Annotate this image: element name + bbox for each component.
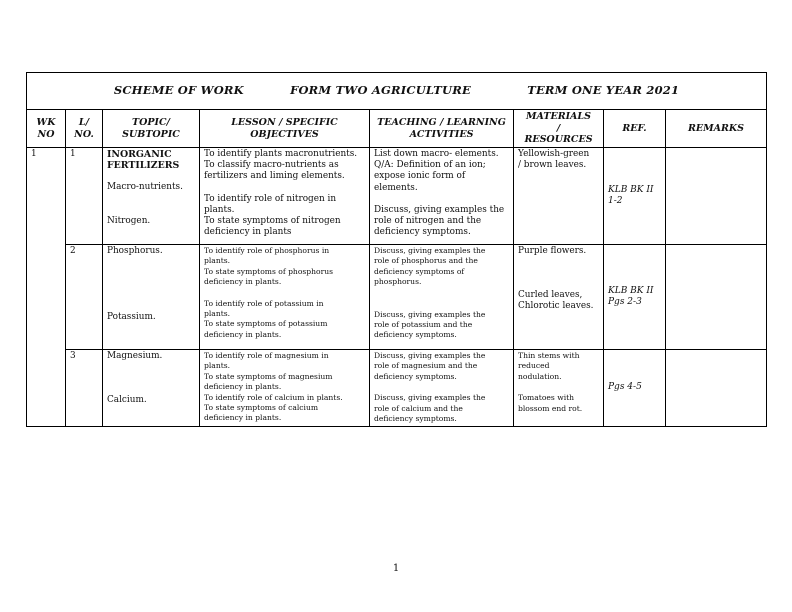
cell-remarks <box>666 245 767 350</box>
title-form: FORM TWO AGRICULTURE <box>290 85 471 96</box>
cell-materials: Thin stems with reduced nodulation. Toma… <box>514 350 604 427</box>
title-row: SCHEME OF WORK FORM TWO AGRICULTURE TERM… <box>27 73 767 110</box>
header-row: WK NO L/ NO. TOPIC/ SUBTOPIC LESSON / SP… <box>27 110 767 148</box>
cell-lesson-no: 3 <box>66 350 103 427</box>
page-number: 1 <box>0 563 792 574</box>
table-row: 1 1 INORGANIC FERTILIZERS Macro-nutrient… <box>27 148 767 245</box>
cell-objectives: To identify role of magnesium in plants.… <box>200 350 370 427</box>
cell-ref: KLB BK II Pgs 2-3 <box>604 245 666 350</box>
cell-materials: Purple flowers. Curled leaves, Chlorotic… <box>514 245 604 350</box>
table-row: 3 Magnesium. Calcium. To identify role o… <box>27 350 767 427</box>
title-term: TERM ONE YEAR 2021 <box>527 85 679 96</box>
header-activities: TEACHING / LEARNING ACTIVITIES <box>370 110 514 148</box>
cell-objectives: To identify plants macronutrients. To cl… <box>200 148 370 245</box>
header-lesson-no: L/ NO. <box>66 110 103 148</box>
cell-objectives: To identify role of phosphorus in plants… <box>200 245 370 350</box>
cell-activities: Discuss, giving examples the role of mag… <box>370 350 514 427</box>
cell-activities: List down macro- elements. Q/A: Definiti… <box>370 148 514 245</box>
header-remarks: REMARKS <box>666 110 767 148</box>
scheme-of-work-table: SCHEME OF WORK FORM TWO AGRICULTURE TERM… <box>26 72 767 427</box>
subtopic: Calcium. <box>107 395 195 406</box>
header-objectives: LESSON / SPECIFIC OBJECTIVES <box>200 110 370 148</box>
header-wk: WK NO <box>27 110 66 148</box>
cell-topic: Magnesium. Calcium. <box>103 350 200 427</box>
cell-activities: Discuss, giving examples the role of pho… <box>370 245 514 350</box>
cell-topic: INORGANIC FERTILIZERS Macro-nutrients. N… <box>103 148 200 245</box>
cell-ref: KLB BK II 1-2 <box>604 148 666 245</box>
cell-lesson-no: 2 <box>66 245 103 350</box>
table-row: 2 Phosphorus. Potassium. To identify rol… <box>27 245 767 350</box>
cell-remarks <box>666 350 767 427</box>
cell-wk: 1 <box>27 148 66 427</box>
header-ref: REF. <box>604 110 666 148</box>
title-scheme: SCHEME OF WORK <box>114 85 244 96</box>
header-materials: MATERIALS / RESOURCES <box>514 110 604 148</box>
subtopic: Potassium. <box>107 312 195 323</box>
header-topic: TOPIC/ SUBTOPIC <box>103 110 200 148</box>
cell-remarks <box>666 148 767 245</box>
cell-lesson-no: 1 <box>66 148 103 245</box>
subtopic: Macro-nutrients. <box>107 182 195 193</box>
topic-title: INORGANIC FERTILIZERS <box>107 149 195 171</box>
document-page: SCHEME OF WORK FORM TWO AGRICULTURE TERM… <box>0 0 792 612</box>
cell-materials: Yellowish-green / brown leaves. <box>514 148 604 245</box>
cell-topic: Phosphorus. Potassium. <box>103 245 200 350</box>
subtopic: Phosphorus. <box>107 246 195 257</box>
document-title: SCHEME OF WORK FORM TWO AGRICULTURE TERM… <box>27 73 767 110</box>
subtopic: Magnesium. <box>107 351 195 362</box>
cell-ref: Pgs 4-5 <box>604 350 666 427</box>
subtopic: Nitrogen. <box>107 216 195 227</box>
